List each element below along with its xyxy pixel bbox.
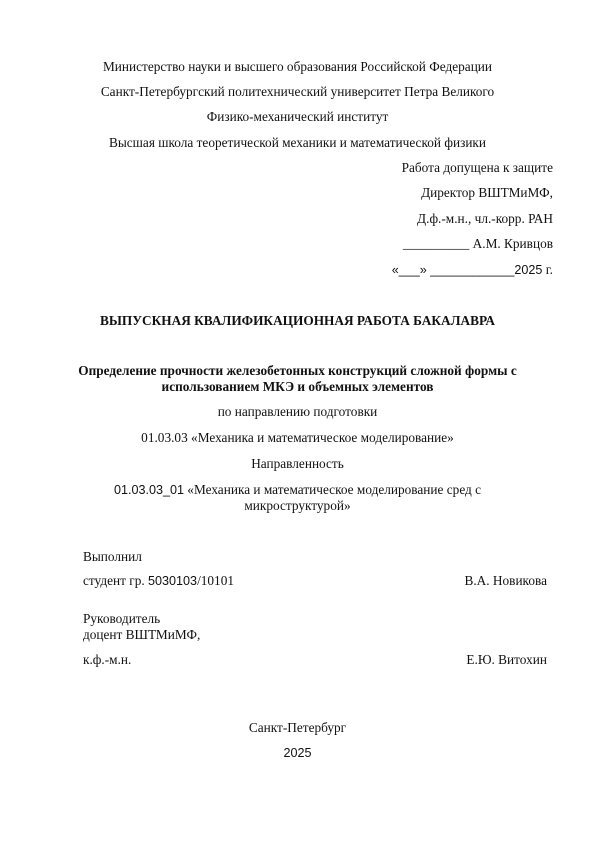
supervisor-position: доцент ВШТМиМФ, xyxy=(83,627,200,643)
year: 2025 xyxy=(0,745,595,761)
supervisor-label: Руководитель xyxy=(83,611,160,627)
ministry-name: Министерство науки и высшего образования… xyxy=(0,59,595,75)
supervisor-degree: к.ф.-м.н. xyxy=(83,652,131,668)
approval-degree: Д.ф.-м.н., чл.-корр. РАН xyxy=(417,211,553,227)
work-title-line1: Определение прочности железобетонных кон… xyxy=(0,363,595,379)
date-close-quote: » xyxy=(420,263,427,277)
group-code: 5030103 xyxy=(148,574,197,588)
profile-label: Направленность xyxy=(0,456,595,472)
author-name: В.А. Новикова xyxy=(464,573,547,589)
work-type: ВЫПУСКНАЯ КВАЛИФИКАЦИОННАЯ РАБОТА БАКАЛА… xyxy=(0,313,595,329)
university-name: Санкт-Петербургский политехнический унив… xyxy=(0,84,595,100)
approval-position: Директор ВШТМиМФ, xyxy=(421,185,553,201)
date-open-quote: « xyxy=(392,263,399,277)
group-prefix: студент гр. xyxy=(83,573,148,588)
date-month-blank: ____________ xyxy=(430,263,514,277)
approval-admitted: Работа допущена к защите xyxy=(402,160,553,176)
work-title-line2: использованием МКЭ и объемных элементов xyxy=(0,379,595,395)
direction-code: 01.03.03 xyxy=(141,430,188,445)
date-suffix: г. xyxy=(542,262,553,277)
institute-name: Физико-механический институт xyxy=(0,109,595,125)
supervisor-name: Е.Ю. Витохин xyxy=(466,652,547,668)
date-year: 2025 xyxy=(514,263,542,277)
date-day-blank: ___ xyxy=(399,263,420,277)
direction: 01.03.03 «Механика и математическое моде… xyxy=(0,430,595,446)
approver-name: А.М. Кривцов xyxy=(473,236,553,251)
author-group: студент гр. 5030103/10101 xyxy=(83,573,234,589)
direction-label: по направлению подготовки xyxy=(0,404,595,420)
approval-signature: __________ А.М. Кривцов xyxy=(403,236,553,252)
school-name: Высшая школа теоретической механики и ма… xyxy=(0,135,595,151)
direction-name: «Механика и математическое моделирование… xyxy=(188,430,454,445)
city: Санкт-Петербург xyxy=(0,720,595,736)
profile: 01.03.03_01 «Механика и математическое м… xyxy=(0,482,595,498)
approval-date: «___» ____________2025 г. xyxy=(392,262,553,278)
profile-name-line2: микроструктурой» xyxy=(0,498,595,514)
group-suffix: /10101 xyxy=(197,573,234,588)
signature-blank: __________ xyxy=(403,236,469,251)
profile-code: 01.03.03_01 xyxy=(114,483,184,497)
author-label: Выполнил xyxy=(83,549,142,565)
profile-name-line1: «Механика и математическое моделирование… xyxy=(184,482,481,497)
